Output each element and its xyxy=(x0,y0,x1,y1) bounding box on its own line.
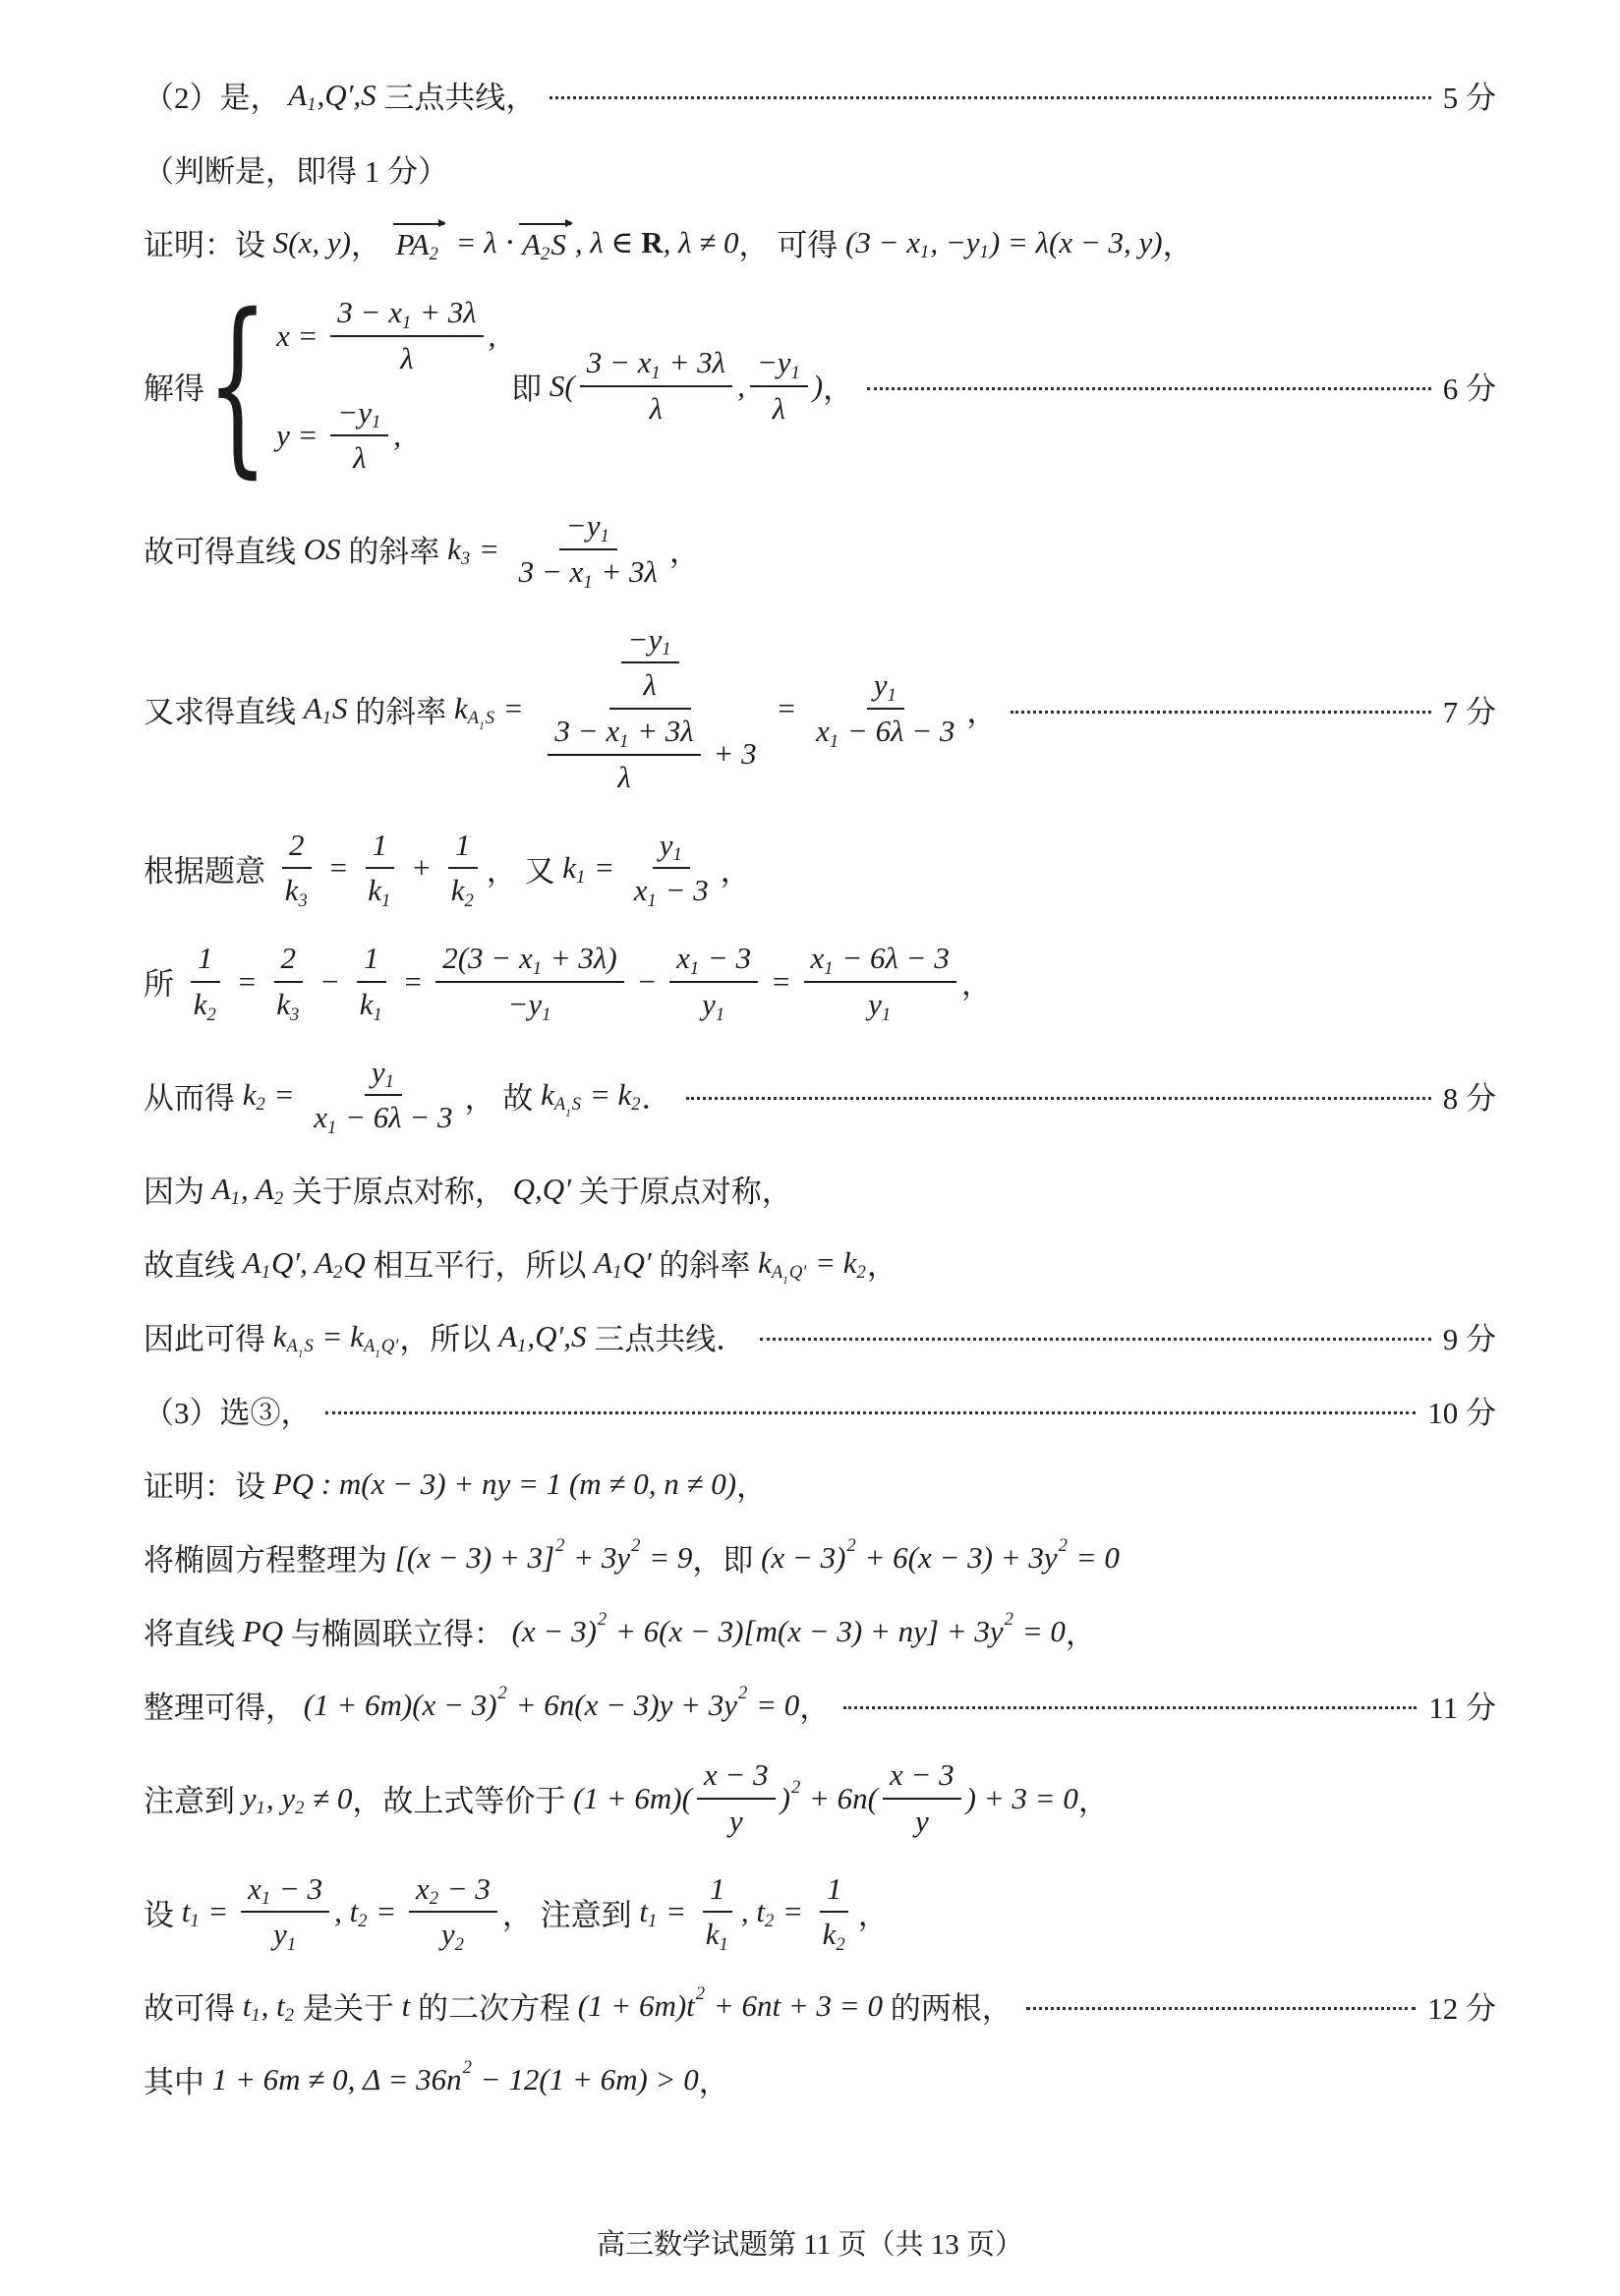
fraction-numerator: y1 xyxy=(867,666,904,710)
math-segment: λ xyxy=(773,390,785,429)
math-segment: S xyxy=(486,708,494,728)
fraction: x1 − 3y1 xyxy=(241,1870,329,1955)
text-segment: 整理可得， xyxy=(144,1683,304,1727)
math-segment: 2 xyxy=(281,940,297,978)
fraction-numerator: y1 xyxy=(365,1054,402,1097)
subscript: 2 xyxy=(631,1094,640,1116)
subscript: 1 xyxy=(402,312,411,334)
subscript: 1 xyxy=(600,525,608,547)
subscript: 1 xyxy=(583,571,592,594)
fraction: −y1λ xyxy=(330,394,388,479)
superscript: 2 xyxy=(738,1683,747,1704)
fraction: 3 − x1 + 3λλ xyxy=(548,713,700,797)
math-segment: = xyxy=(201,1894,236,1929)
text-segment: ， xyxy=(867,1240,897,1285)
math-segment: + 6(x − 3) + 3y xyxy=(857,1540,1058,1576)
text-segment: 证明：设 xyxy=(144,220,273,264)
math-segment: x xyxy=(416,1870,430,1909)
page-footer: 高三数学试题第 11 页（共 13 页） xyxy=(0,2222,1620,2263)
fraction-denominator: k1 xyxy=(353,983,390,1024)
fraction-denominator: k1 xyxy=(361,869,398,910)
text-segment: ， xyxy=(1066,1609,1096,1653)
math-segment: = k xyxy=(582,1077,631,1113)
text-segment: ， 注意到 xyxy=(502,1890,640,1934)
subscript: 2 xyxy=(430,1887,438,1910)
math-segment: = 9 xyxy=(641,1540,692,1576)
cases-group: {x = 3 − x1 + 3λλ,y = −y1λ, xyxy=(206,294,495,478)
math-segment: 1 xyxy=(198,940,213,978)
math-segment: k xyxy=(243,1077,257,1113)
subscript: 1 xyxy=(372,411,380,433)
subscript: 2 xyxy=(333,1262,342,1284)
math-segment: = k xyxy=(315,1319,364,1354)
math-segment: ) = λ(x − 3, y) xyxy=(990,225,1163,260)
math-segment: 1 xyxy=(364,940,379,978)
fraction-numerator: −y1 xyxy=(330,394,388,437)
fraction-denominator: k3 xyxy=(269,983,307,1024)
subscript: A1S xyxy=(287,1336,314,1357)
math-segment: x − 3 xyxy=(704,1756,769,1795)
math-segment: λ xyxy=(400,340,413,378)
dotted-leader xyxy=(760,1338,1430,1341)
fraction-numerator: −y1 xyxy=(750,344,808,387)
subscript: 1 xyxy=(619,730,628,753)
fraction-denominator: x1 − 6λ − 3 xyxy=(809,710,961,751)
text-segment: 证明：设 xyxy=(144,1462,273,1506)
math-segment: = 0 xyxy=(748,1688,799,1723)
fraction-numerator: x − 3 xyxy=(883,1756,961,1800)
text-segment xyxy=(561,1466,569,1502)
text-segment: 故可得 xyxy=(144,1983,243,2028)
subscript: 1 xyxy=(190,1911,199,1932)
math-segment: + 3λ xyxy=(662,344,725,382)
text-segment: ， xyxy=(961,959,992,1004)
text-segment: ， 可得 xyxy=(739,220,846,264)
subscript: 1 xyxy=(542,1004,550,1026)
dotted-leader xyxy=(325,1411,1417,1414)
fraction: −y1λ xyxy=(621,621,679,706)
math-segment: − xyxy=(312,964,347,1000)
math-segment: S( xyxy=(550,369,575,404)
text-segment: 根据题意 xyxy=(144,846,273,890)
subscript: 1 xyxy=(375,1349,380,1360)
subscript: 1 xyxy=(720,1933,728,1956)
solution-content: （2）是， A1,Q′,S 三点共线，5 分（判断是，即得 1 分）证明：设 S… xyxy=(144,73,1496,2101)
math-segment: , A xyxy=(241,1172,274,1207)
superscript: 2 xyxy=(555,1535,564,1557)
math-segment: A xyxy=(468,708,479,728)
subscript: 1 xyxy=(257,1798,265,1819)
fraction-numerator: 2(3 − x1 + 3λ) xyxy=(435,940,623,983)
text-segment: ，所以 xyxy=(399,1314,498,1358)
fraction-denominator: λ xyxy=(643,387,669,429)
cases-column: x = 3 − x1 + 3λλ,y = −y1λ, xyxy=(276,294,495,478)
math-segment: k xyxy=(273,1319,287,1354)
text-segment: ， xyxy=(966,687,997,731)
subscript: A1S xyxy=(468,708,494,729)
dotted-leader xyxy=(1011,711,1430,714)
math-segment: − 6λ − 3 xyxy=(337,1099,452,1137)
subscript: 1 xyxy=(791,362,800,384)
math-segment: x xyxy=(314,1099,327,1137)
math-segment: + 6nt + 3 = 0 xyxy=(706,1988,883,2024)
fraction: x2 − 3y2 xyxy=(409,1870,497,1955)
math-segment: , λ ∈ xyxy=(575,225,641,260)
math-segment: = λ ⋅ xyxy=(448,225,515,260)
score-label: 12 分 xyxy=(1427,1983,1496,2028)
fraction: 2k3 xyxy=(269,940,307,1024)
math-segment: ) xyxy=(813,369,823,404)
subscript: 1 xyxy=(782,1275,788,1287)
text-segment: 因此可得 xyxy=(144,1314,273,1358)
math-segment: k xyxy=(823,1916,837,1954)
text-segment: ， xyxy=(858,1890,889,1934)
math-segment: x xyxy=(634,872,648,910)
dotted-leader xyxy=(843,1706,1417,1709)
math-segment: = xyxy=(658,1894,693,1929)
subscript: 2 xyxy=(257,1094,265,1116)
text-segment: ， xyxy=(699,2057,729,2101)
text-segment: 即 xyxy=(503,364,550,408)
fraction-denominator: λ xyxy=(636,663,663,705)
text-segment: 是关于 xyxy=(295,1983,402,2028)
text-segment: 将椭圆方程整理为 xyxy=(144,1535,395,1579)
math-segment: −y xyxy=(337,394,372,432)
math-segment: = xyxy=(471,532,506,567)
math-segment: = xyxy=(395,964,431,1000)
math-segment: −y xyxy=(566,507,601,545)
text-segment: 其中 xyxy=(144,2057,212,2101)
math-segment: A xyxy=(498,1319,517,1354)
math-segment: A xyxy=(304,691,322,726)
math-segment: = xyxy=(763,964,798,1000)
line-solve-system: 解得{x = 3 − x1 + 3λλ,y = −y1λ, 即 S(3 − x1… xyxy=(144,294,1496,478)
math-segment: + 3λ xyxy=(629,713,693,751)
subscript: 2 xyxy=(274,1188,283,1210)
fraction: −y13 − x1 + 3λ xyxy=(512,507,665,592)
math-segment: (1 + 6m)t xyxy=(578,1988,695,2024)
math-segment: x xyxy=(676,940,690,978)
math-segment: S xyxy=(304,1336,313,1356)
math-segment: 2(3 − x xyxy=(442,940,533,978)
fraction-numerator: x1 − 6λ − 3 xyxy=(804,940,956,983)
math-segment: λ xyxy=(643,666,656,705)
subscript: 1 xyxy=(261,1262,270,1284)
subscript: 1 xyxy=(231,1188,240,1210)
math-segment: PA xyxy=(396,227,430,262)
math-segment: k xyxy=(562,850,576,886)
text-segment: 故可得直线 xyxy=(144,527,304,571)
fraction: 1k1 xyxy=(699,1870,736,1955)
subscript: 1 xyxy=(612,1262,621,1284)
fraction: y1x1 − 3 xyxy=(627,827,716,911)
line-given-relation: 根据题意 2k3 = 1k1 + 1k2， 又 k1 = y1x1 − 3， xyxy=(144,827,1496,911)
fraction-numerator: −y1 xyxy=(621,621,679,664)
fraction: 2k3 xyxy=(278,827,316,911)
math-segment: [(x − 3) + 3] xyxy=(395,1540,554,1576)
fraction: 1k2 xyxy=(816,1870,853,1955)
fraction-numerator: 2 xyxy=(282,827,312,870)
line-parallel-lines: 故直线 A1Q′, A2Q 相互平行，所以 A1Q′ 的斜率 kA1Q′ = k… xyxy=(144,1240,1496,1285)
fraction-numerator: −y1 xyxy=(559,507,617,550)
math-segment: 1 + 6m ≠ 0, Δ = 36n xyxy=(212,2062,462,2097)
math-segment: = xyxy=(495,691,531,726)
math-segment: ,Q′,S xyxy=(527,1319,586,1354)
subscript: 1 xyxy=(565,1108,571,1119)
math-segment: A xyxy=(522,227,541,262)
subscript: 1 xyxy=(307,94,316,116)
math-segment: S(x, y) xyxy=(273,225,351,260)
math-segment: + 3y xyxy=(565,1540,630,1576)
line-quadratic-roots: 故可得 t1, t2 是关于 t 的二次方程 (1 + 6m)t2 + 6nt … xyxy=(144,1983,1496,2028)
text-segment: ，即 xyxy=(692,1535,761,1579)
math-segment: + 3λ xyxy=(412,294,476,332)
line-discriminant: 其中 1 + 6m ≠ 0, Δ = 36n2 − 12(1 + 6m) > 0… xyxy=(144,2057,1496,2101)
fraction-numerator: 3 − x1 + 3λ xyxy=(548,713,700,756)
math-segment: Q′ xyxy=(622,1245,651,1281)
math-segment: 1 xyxy=(827,1870,842,1909)
math-segment: 1 xyxy=(455,827,471,865)
subscript: 1 xyxy=(672,843,681,866)
superscript: 2 xyxy=(1005,1609,1013,1631)
math-segment: , t xyxy=(261,1988,285,2024)
math-segment: A xyxy=(594,1245,612,1281)
score-label: 8 分 xyxy=(1443,1073,1496,1118)
text-segment: 的二次方程 xyxy=(410,1983,578,2028)
bold-math-segment: R xyxy=(641,225,663,260)
superscript: 2 xyxy=(696,1983,705,2005)
math-segment: y xyxy=(702,986,716,1024)
text-segment: 设 xyxy=(144,1890,182,1934)
fraction: 1k1 xyxy=(353,940,390,1024)
text-segment: （3）选③， xyxy=(144,1388,312,1432)
math-segment: A xyxy=(212,1172,231,1207)
fraction-numerator: 1 xyxy=(820,1870,849,1914)
subscript: 1 xyxy=(479,720,485,732)
math-segment: 3 − x xyxy=(554,713,619,751)
line-choice-3: （3）选③，10 分 xyxy=(144,1388,1496,1432)
math-segment: Q′ xyxy=(789,1262,807,1283)
fraction-denominator: y1 xyxy=(266,1913,304,1954)
text-segment: ， 故 xyxy=(465,1073,542,1118)
math-segment: t xyxy=(402,1988,411,2024)
subscript: 1 xyxy=(824,957,833,980)
text-segment: ， 又 xyxy=(487,846,563,890)
text-segment: ． xyxy=(642,1073,672,1118)
dotted-leader xyxy=(686,1097,1431,1100)
fraction-denominator: 3 − x1 + 3λ xyxy=(512,550,665,592)
line-pq-setup: 证明：设 PQ : m(x − 3) + ny = 1 (m ≠ 0, n ≠ … xyxy=(144,1462,1496,1506)
math-segment: PQ : m(x − 3) + ny = 1 xyxy=(273,1466,561,1502)
text-segment: ， xyxy=(721,846,751,890)
fraction: x − 3y xyxy=(883,1756,961,1841)
math-segment: k xyxy=(285,872,299,910)
subscript: 1 xyxy=(920,242,929,263)
math-segment: y xyxy=(729,1803,743,1841)
line-symmetry: 因为 A1, A2 关于原点对称， Q,Q′ 关于原点对称， xyxy=(144,1167,1496,1211)
fraction-numerator: x1 − 3 xyxy=(241,1870,329,1914)
text-segment: ， xyxy=(1078,1776,1109,1820)
subscript: 1 xyxy=(830,730,839,753)
score-label: 10 分 xyxy=(1427,1388,1496,1432)
text-segment: 的斜率 xyxy=(341,527,448,571)
fraction: −y1λ3 − x1 + 3λλ + 3 xyxy=(536,621,763,797)
text-segment: ， xyxy=(1163,220,1193,264)
math-segment: A xyxy=(288,78,307,113)
subscript: 1 xyxy=(287,1933,296,1956)
subscript: 1 xyxy=(381,890,390,912)
subscript: 2 xyxy=(857,1262,866,1284)
text-segment: 与椭圆联立得： xyxy=(283,1609,512,1653)
text-segment: 从而得 xyxy=(144,1073,243,1118)
superscript: 2 xyxy=(463,2057,472,2079)
superscript: 2 xyxy=(1059,1535,1068,1557)
subscript: A1S xyxy=(554,1094,581,1116)
text-segment: 关于原点对称， xyxy=(571,1167,792,1211)
math-segment: , −y xyxy=(930,225,979,260)
math-segment: y xyxy=(660,827,673,865)
math-segment: 3 − x xyxy=(519,553,584,592)
subscript: 1 xyxy=(261,1887,270,1910)
math-segment: −y xyxy=(507,986,542,1024)
line-k2-result: 从而得 k2 = y1x1 − 6λ − 3， 故 kA1S = k2．8 分 xyxy=(144,1054,1496,1138)
fraction: y1x1 − 6λ − 3 xyxy=(307,1054,459,1138)
math-segment: + 6n(x − 3)y + 3y xyxy=(508,1688,737,1723)
math-segment: y = xyxy=(276,418,325,453)
superscript: 2 xyxy=(598,1609,607,1631)
math-segment: y xyxy=(273,1916,287,1954)
math-segment: (1 + 6m)( xyxy=(573,1781,692,1816)
subscript: 1 xyxy=(690,957,699,980)
fraction-numerator: x2 − 3 xyxy=(409,1870,497,1914)
subscript: 2 xyxy=(464,890,473,912)
math-segment: = k xyxy=(807,1245,856,1281)
math-segment: − 3 xyxy=(439,1870,491,1909)
cases-row: x = 3 − x1 + 3λλ, xyxy=(276,294,495,378)
fraction-numerator: 1 xyxy=(191,940,220,983)
subscript: 2 xyxy=(541,244,550,265)
math-segment: t xyxy=(182,1894,191,1929)
line-simplified-quadratic: 整理可得， (1 + 6m)(x − 3)2 + 6n(x − 3)y + 3y… xyxy=(144,1683,1496,1727)
score-label: 9 分 xyxy=(1443,1314,1496,1358)
math-segment: = xyxy=(586,850,621,886)
math-segment: + 6(x − 3)[m(x − 3) + ny] + 3y xyxy=(607,1614,1003,1649)
text-segment: ， xyxy=(823,364,853,408)
math-segment: (3 − x xyxy=(845,225,920,260)
line-conclusion-2: （2）是， A1,Q′,S 三点共线，5 分 xyxy=(144,73,1496,117)
line-ellipse-rearranged: 将椭圆方程整理为 [(x − 3) + 3]2 + 3y2 = 9，即 (x −… xyxy=(144,1535,1496,1579)
subscript: 1 xyxy=(716,1004,724,1026)
math-segment: −y xyxy=(757,344,791,382)
subscript: 3 xyxy=(299,890,308,912)
math-segment: t xyxy=(639,1894,648,1929)
math-segment: + 3λ) xyxy=(543,940,617,978)
fraction-denominator: x1 − 6λ − 3 xyxy=(307,1096,459,1137)
math-segment: OS xyxy=(304,532,341,567)
subscript: 2 xyxy=(836,1933,844,1956)
math-segment: ≠ 0 xyxy=(305,1781,352,1816)
fraction-numerator: x − 3 xyxy=(697,1756,776,1800)
math-segment: k xyxy=(368,872,381,910)
subscript: 1 xyxy=(980,242,989,263)
math-segment: ,Q′,S xyxy=(317,78,376,113)
math-segment: = xyxy=(266,1077,302,1113)
math-segment: − 3 xyxy=(658,872,709,910)
vector-overline: A2S xyxy=(519,223,571,262)
math-segment: S xyxy=(550,227,566,262)
math-segment: + xyxy=(403,850,438,886)
subscript: 1 xyxy=(298,1349,304,1360)
math-segment: y xyxy=(868,986,882,1024)
line-equivalent-form: 注意到 y1, y2 ≠ 0，故上式等价于 (1 + 6m)(x − 3y)2 … xyxy=(144,1756,1496,1841)
text-segment: ， xyxy=(736,1462,767,1506)
left-brace: { xyxy=(206,291,268,481)
math-segment: y xyxy=(243,1781,257,1816)
math-segment: k xyxy=(360,986,374,1024)
subscript: 1 xyxy=(648,890,657,912)
math-segment: − 12(1 + 6m) > 0 xyxy=(473,2062,699,2097)
subscript: 2 xyxy=(295,1798,304,1819)
subscript: 2 xyxy=(430,244,438,265)
math-segment: A xyxy=(554,1094,565,1115)
math-segment: t xyxy=(243,1988,252,2024)
math-segment: A xyxy=(772,1262,782,1283)
math-segment: , y xyxy=(266,1781,295,1816)
fraction: 1k2 xyxy=(444,827,482,911)
footer-text: 高三数学试题第 11 页（共 13 页） xyxy=(597,2229,1023,2261)
text-segment: 解得 xyxy=(144,364,204,408)
dotted-leader xyxy=(867,387,1431,390)
dotted-leader xyxy=(550,96,1430,99)
fraction-numerator: 1 xyxy=(703,1870,732,1914)
subscript: 1 xyxy=(882,1004,891,1026)
text-segment: 的斜率 xyxy=(652,1240,759,1285)
math-segment: k xyxy=(276,986,290,1024)
line-proof-setup: 证明：设 S(x, y)， PA2 = λ ⋅A2S, λ ∈ R, λ ≠ 0… xyxy=(144,220,1496,264)
fraction-numerator: y1 xyxy=(653,827,690,870)
fraction: 2(3 − x1 + 3λ)−y1 xyxy=(435,940,623,1024)
fraction-numerator: 1 xyxy=(357,940,386,983)
math-segment: k xyxy=(451,872,465,910)
fraction-numerator: 1 xyxy=(448,827,478,870)
text-segment: 将直线 xyxy=(144,1609,243,1653)
math-segment: y xyxy=(874,666,888,705)
text-segment: 所 xyxy=(144,959,182,1004)
math-segment: 3 − x xyxy=(587,344,652,382)
fraction-denominator: x1 − 3 xyxy=(627,869,716,910)
line-line-ellipse-combined: 将直线 PQ 与椭圆联立得： (x − 3)2 + 6(x − 3)[m(x −… xyxy=(144,1609,1496,1653)
fraction: x1 − 3y1 xyxy=(669,940,758,1024)
math-segment: , xyxy=(393,418,401,453)
math-segment: , xyxy=(737,369,745,404)
superscript: 2 xyxy=(791,1777,800,1799)
math-segment: A xyxy=(364,1336,375,1356)
line-slope-a1s: 又求得直线 A1S 的斜率 kA1S = −y1λ3 − x1 + 3λλ + … xyxy=(144,621,1496,797)
line-derive-1-over-k2: 所 1k2 = 2k3 − 1k1 = 2(3 − x1 + 3λ)−y1 − … xyxy=(144,940,1496,1024)
text-segment: 注意到 xyxy=(144,1776,243,1820)
subscript: 1 xyxy=(327,1117,336,1139)
math-segment: −y xyxy=(628,621,663,660)
fraction: 3 − x1 + 3λλ xyxy=(580,344,732,429)
math-segment: = xyxy=(229,964,264,1000)
fraction: x − 3y xyxy=(697,1756,776,1841)
math-segment: A xyxy=(243,1245,261,1281)
fraction-denominator: 3 − x1 + 3λλ + 3 xyxy=(536,710,763,797)
subscript: 1 xyxy=(651,362,660,384)
subscript: 1 xyxy=(517,1336,526,1357)
math-segment: , t xyxy=(741,1894,765,1929)
math-segment: PQ xyxy=(243,1614,283,1649)
